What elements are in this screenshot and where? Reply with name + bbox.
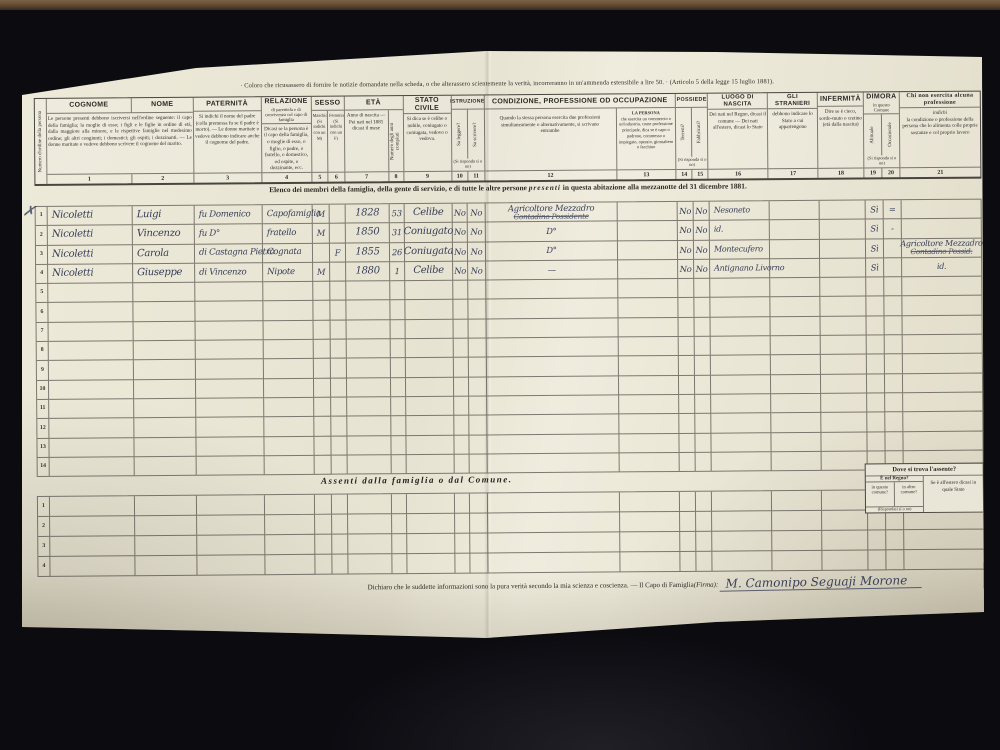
istruzione-scrive-col: Sa scrivere?: [468, 109, 484, 158]
table-cell-terreni: No: [678, 260, 694, 279]
dimora-abituale-vert: Abituale: [870, 126, 876, 143]
table-cell-stranieri: [770, 297, 820, 317]
dove-estero-label: Se è all'estero dicasi in quale Stato: [924, 475, 983, 511]
table-cell-abituale: [866, 278, 884, 297]
table-cell-stranieri: [771, 394, 821, 414]
table-cell-infermita: [821, 355, 867, 375]
table-cell-occasionale: =: [884, 200, 902, 219]
table-cell-anni: 53: [390, 204, 405, 223]
table-cell-fabbricati: No: [694, 240, 710, 259]
sesso-m-note: (Si indichi con un M): [313, 118, 327, 141]
table-cell-nome: [135, 536, 197, 556]
table-cell-stranieri: [771, 317, 821, 337]
table-cell-fabbricati: [694, 279, 710, 298]
table-cell-m: M: [313, 263, 330, 282]
col-header-sesso: SESSO Maschio (Si indichi con un M) 5 Fe…: [311, 97, 345, 182]
table-cell-condizione: [487, 415, 619, 435]
table-cell-infermita: [820, 220, 866, 240]
table-cell-abituale: [867, 316, 885, 335]
table-cell-paternita: [196, 360, 264, 380]
table-cell-infermita: [820, 200, 866, 220]
table-cell-nome: [133, 283, 195, 303]
col-number-20: 20: [882, 168, 899, 178]
table-cell-legge: [454, 397, 469, 416]
table-cell-paternita: [196, 321, 264, 341]
table-cell-condizione: [488, 552, 620, 573]
table-cell-nome: [134, 322, 196, 342]
census-rows-grid: 1NicolettiLuigifu DomenicoCapofamigliaM1…: [35, 199, 984, 478]
table-cell-fabbricati: [695, 337, 711, 356]
table-cell-n: 13: [37, 438, 49, 457]
col-header-paternita: PATERNITÀ Si indichi il nome del padre (…: [194, 97, 263, 183]
table-cell-cognome: [50, 516, 135, 537]
table-cell-terreni: [679, 414, 695, 433]
table-cell-anno: [348, 514, 392, 534]
eta-anni-col: Numero degli anni compiuti 8: [389, 110, 403, 181]
table-cell-condizione: D°: [486, 241, 618, 261]
table-cell-n: 4: [36, 265, 48, 284]
table-cell-infermita: [821, 413, 867, 433]
col-header-eta: ETÀ Anno di nascita — Pei nati nel 1881 …: [344, 96, 404, 181]
col-number-12: 12: [485, 169, 616, 180]
col-number-6: 6: [329, 172, 345, 182]
table-cell-luogo: [711, 317, 771, 337]
table-cell-stato: [406, 416, 454, 436]
dove-regno-col: È nel Regno? in questo comune? in altro …: [866, 476, 924, 512]
table-cell-condizione: D°: [486, 222, 618, 242]
table-cell-persona: [620, 492, 680, 512]
table-cell-persona: [620, 512, 680, 532]
possiede-fabbricati-col: Fabbricati?: [692, 108, 707, 157]
col-header-istruzione: ISTRUZIONE Sa leggere? Sa scrivere? (Si …: [451, 95, 485, 180]
table-cell-terreni: [680, 453, 696, 472]
table-cell-luogo: [710, 278, 770, 298]
table-cell-condizione: [488, 492, 620, 513]
table-cell-fabbricati: [694, 298, 710, 317]
table-cell-fabbricati: [696, 512, 712, 532]
table-cell-relazione: Nipote: [263, 263, 313, 283]
table-cell-fabbricati: [695, 433, 711, 452]
table-cell-occasionale: [885, 316, 903, 335]
table-cell-nome: Giuseppe: [133, 264, 195, 284]
table-cell-stato: [406, 339, 454, 359]
table-cell-scrive: [470, 533, 488, 553]
table-cell-anni: [392, 534, 407, 554]
table-cell-scrive: [469, 377, 487, 396]
table-cell-terreni: [679, 337, 695, 356]
cognome-nome-desc: Le persone presenti debbono iscriversi n…: [47, 113, 193, 174]
table-cell-infermita: [822, 530, 868, 550]
condizione-12-desc: Quando la stessa persona esercita due pr…: [484, 108, 615, 170]
table-cell-terreni: [680, 512, 696, 532]
istruzione-note: (Si risponda sì o no): [452, 159, 484, 171]
elenco-prefix: Elenco dei membri della famiglia, della …: [269, 183, 529, 194]
table-cell-anno: 1828: [346, 204, 390, 224]
table-cell-cognome: [50, 536, 135, 557]
table-cell-persona: [619, 318, 679, 338]
table-cell-n: 2: [36, 226, 48, 245]
col-number-1: 1: [47, 174, 132, 185]
col-header-numero: Numero d'ordine della persona: [35, 99, 48, 184]
dove-note: (Rispondasi sì o no): [866, 506, 923, 512]
table-cell-relazione: [265, 456, 315, 476]
table-cell-anni: [391, 378, 406, 397]
table-cell-infermita: [821, 393, 867, 413]
condizione-title: CONDIZIONE, PROFESSIONE OD OCCUPAZIONE: [484, 94, 675, 109]
col-number-2: 2: [132, 174, 193, 184]
table-cell-infermita: [821, 336, 867, 356]
table-cell-chinon: id.: [902, 257, 982, 277]
table-cell-m: [315, 535, 332, 555]
table-cell-chinon: Agricoltore MezzadroContadino Possid.: [902, 238, 982, 258]
table-cell-n: 1: [38, 497, 50, 517]
table-cell-fabbricati: [696, 532, 712, 552]
table-cell-f: [331, 359, 347, 378]
possiede-terreni-vert: Terreni?: [681, 124, 687, 141]
table-cell-relazione: [265, 495, 315, 515]
table-cell-anni: [392, 494, 407, 514]
table-cell-stranieri: [772, 511, 822, 531]
table-cell-luogo: [711, 394, 771, 414]
wood-table-edge: [0, 0, 1000, 10]
table-cell-terreni: [678, 279, 694, 298]
table-cell-stato: Celibe: [405, 204, 453, 224]
table-cell-cognome: Nicoletti: [48, 226, 133, 246]
table-cell-stranieri: [770, 239, 820, 259]
table-cell-condizione: Agricoltore MezzadroContadino Possidente: [486, 202, 618, 222]
table-cell-fabbricati: [695, 317, 711, 336]
table-cell-f: [331, 436, 347, 455]
table-cell-condizione: [488, 532, 620, 553]
declaration-line: Dichiaro che le suddette informazioni so…: [368, 575, 985, 594]
table-cell-chinon: [904, 530, 984, 551]
col-header-dimora: DIMORA in questo Comune Abituale Occasio…: [864, 92, 901, 177]
table-cell-cognome: [50, 496, 135, 517]
table-cell-condizione: [487, 357, 619, 377]
table-cell-persona: [620, 453, 680, 473]
table-cell-occasionale: [884, 277, 902, 296]
table-cell-occasionale: [885, 335, 903, 354]
table-cell-cognome: [48, 303, 133, 323]
eta-anno-col: Anno di nascita — Pei nati nel 1881 dica…: [345, 110, 390, 181]
table-cell-infermita: [822, 550, 868, 570]
condizione-13-head: LA PERSONA: [632, 110, 660, 115]
table-cell-chinon: [902, 277, 982, 297]
table-cell-condizione: —: [486, 260, 618, 280]
dove-questo-comune: in questo comune?: [866, 482, 895, 506]
table-cell-anno: 1850: [346, 224, 390, 244]
table-cell-relazione: [263, 301, 313, 321]
possiede-note: (Si risponda sì o no): [677, 157, 708, 169]
luogo-title: LUOGO DI NASCITA: [708, 93, 767, 110]
table-cell-abituale: Sì: [866, 220, 884, 239]
stranieri-title: GLI STRANIERI: [768, 93, 817, 110]
table-cell-luogo: Nesoneto: [710, 201, 770, 221]
table-cell-relazione: [264, 378, 314, 398]
table-cell-anno: [347, 416, 391, 436]
istruzione-legge-col: Sa leggere?: [451, 110, 468, 159]
sesso-femmina-col: Femmina (Si indichi con un F) 6: [328, 111, 344, 182]
table-cell-stranieri: [772, 491, 822, 511]
col-header-infermita: INFERMITÀ Dire se è cieco, sordo-muto o …: [818, 92, 865, 177]
col-number-21: 21: [900, 167, 980, 178]
table-cell-relazione: [264, 321, 314, 341]
table-cell-persona: [619, 434, 679, 454]
table-cell-scrive: [469, 435, 487, 454]
table-cell-stato: [406, 435, 454, 455]
table-cell-infermita: [822, 451, 868, 471]
table-cell-anno: [346, 301, 390, 321]
handwritten-line: Contadino Possidente: [514, 212, 589, 220]
dimora-note: (Si risponda sì o no): [864, 156, 899, 168]
table-cell-occasionale: [886, 550, 904, 570]
table-cell-persona: [619, 356, 679, 376]
table-cell-n: 5: [36, 284, 48, 303]
dove-assente-box: Dove si trova l'assente? È nel Regno? in…: [865, 463, 984, 514]
table-cell-occasionale: [885, 412, 903, 431]
table-cell-legge: [455, 554, 470, 574]
table-cell-scrive: [469, 358, 487, 377]
table-cell-infermita: [820, 258, 866, 278]
cognome-title: COGNOME: [47, 98, 132, 113]
table-cell-n: 7: [37, 323, 49, 342]
table-cell-nome: [134, 379, 196, 399]
table-cell-m: [314, 378, 331, 397]
table-cell-abituale: [867, 432, 885, 451]
table-cell-fabbricati: [696, 453, 712, 472]
table-cell-scrive: No: [468, 261, 486, 280]
table-cell-relazione: [265, 535, 315, 555]
table-cell-stato: Coniugato: [405, 223, 453, 243]
table-cell-anno: [347, 339, 391, 359]
table-cell-stranieri: [770, 259, 820, 279]
table-cell-stranieri: [771, 336, 821, 356]
col-number-11: 11: [468, 171, 484, 181]
table-cell-fabbricati: [695, 375, 711, 394]
table-cell-relazione: [264, 340, 314, 360]
table-cell-chinon: [903, 335, 983, 355]
table-cell-f: [330, 224, 346, 243]
table-cell-m: [313, 282, 330, 301]
table-cell-persona: [618, 260, 678, 280]
table-cell-relazione: [263, 282, 313, 302]
table-cell-persona: [620, 532, 680, 552]
table-cell-n: 9: [37, 361, 49, 380]
table-cell-fabbricati: [695, 356, 711, 375]
table-cell-luogo: [710, 298, 770, 318]
table-cell-relazione: [264, 398, 314, 418]
table-cell-anni: [391, 358, 406, 377]
table-cell-relazione: [264, 436, 314, 456]
col-number-3: 3: [194, 172, 261, 183]
assenti-rows-grid: 1234: [37, 489, 985, 577]
stato-title: STATO CIVILE: [403, 96, 450, 115]
table-cell-relazione: fratello: [263, 224, 313, 244]
table-cell-legge: [454, 435, 469, 454]
table-cell-terreni: No: [678, 221, 694, 240]
table-cell-anni: [391, 397, 406, 416]
table-cell-luogo: [711, 413, 771, 433]
table-cell-relazione: Capofamiglia: [263, 205, 313, 225]
table-cell-paternita: [195, 282, 263, 302]
table-cell-luogo: [711, 375, 771, 395]
col-number-9: 9: [404, 171, 451, 181]
table-cell-anno: [347, 397, 391, 417]
possiede-title: POSSIEDE: [676, 94, 707, 108]
table-cell-n: 10: [37, 381, 49, 400]
table-cell-infermita: [821, 374, 867, 394]
table-cell-terreni: No: [678, 240, 694, 259]
col-header-possiede: POSSIEDE Terreni? Fabbricati? (Si rispon…: [676, 94, 709, 179]
table-cell-occasionale: [885, 355, 903, 374]
table-cell-legge: [454, 416, 469, 435]
dimora-title: DIMORA: [866, 93, 896, 101]
stato-desc: Si dica se è celibe o nubile, coniugato …: [404, 114, 451, 171]
table-cell-paternita: [196, 417, 264, 437]
table-cell-persona: [620, 552, 680, 572]
table-cell-scrive: No: [468, 223, 486, 242]
table-cell-relazione: [264, 417, 314, 437]
table-cell-f: [332, 535, 348, 555]
table-cell-terreni: No: [678, 202, 694, 221]
table-cell-occasionale: [884, 258, 902, 277]
table-cell-stato: [407, 455, 455, 475]
table-cell-cognome: Nicoletti: [48, 206, 133, 226]
table-cell-terreni: [680, 552, 696, 572]
col-number-5: 5: [312, 172, 328, 182]
table-cell-m: [313, 301, 330, 320]
condizione-13-col: LA PERSONA che esercita un commercio o u…: [616, 108, 675, 179]
table-cell-fabbricati: No: [694, 260, 710, 279]
table-cell-anni: 26: [390, 243, 405, 262]
table-cell-fabbricati: [696, 492, 712, 512]
table-cell-cognome: [49, 341, 134, 361]
table-cell-n: 1: [36, 207, 48, 226]
table-cell-m: [314, 398, 331, 417]
table-cell-abituale: [867, 335, 885, 354]
table-cell-anno: [348, 534, 392, 554]
table-cell-n: 6: [36, 303, 48, 322]
table-cell-chinon: [904, 550, 984, 571]
table-cell-n: 12: [37, 419, 49, 438]
table-cell-persona: [619, 395, 679, 415]
table-cell-f: F: [330, 243, 346, 262]
table-cell-chinon: [902, 200, 982, 220]
table-cell-anni: [391, 436, 406, 455]
table-cell-nome: Carola: [133, 244, 195, 264]
table-cell-luogo: Antignano Livorno: [710, 259, 770, 279]
table-cell-f: [332, 515, 348, 535]
table-cell-legge: [455, 514, 470, 534]
table-cell-paternita: [197, 555, 265, 576]
table-cell-terreni: [679, 433, 695, 452]
table-cell-scrive: [469, 396, 487, 415]
col-number-4: 4: [262, 172, 311, 182]
table-cell-paternita: [196, 437, 264, 457]
table-cell-chinon: [903, 354, 983, 374]
handwritten-line: Contadino Possid.: [910, 248, 972, 256]
table-cell-stato: [406, 377, 454, 397]
table-cell-cognome: [48, 283, 133, 303]
table-cell-condizione: [486, 299, 618, 319]
table-cell-paternita: [195, 302, 263, 322]
eta-title: ETÀ: [344, 96, 402, 110]
table-cell-condizione: [486, 280, 618, 300]
table-cell-scrive: [469, 416, 487, 435]
table-cell-anno: [347, 436, 391, 456]
col-header-stato-civile: STATO CIVILE Si dica se è celibe o nubil…: [403, 96, 452, 181]
table-cell-cognome: [49, 380, 134, 400]
table-cell-cognome: [49, 399, 134, 419]
table-cell-abituale: [867, 355, 885, 374]
table-cell-n: 11: [37, 400, 49, 419]
istruzione-legge-vert: Sa leggere?: [457, 123, 463, 146]
table-cell-abituale: Sì: [866, 239, 884, 258]
sheet-content: · Coloro che ricusassero di fornire le n…: [33, 39, 984, 606]
table-cell-occasionale: [884, 297, 902, 316]
table-cell-anno: 1855: [346, 243, 390, 263]
table-cell-anno: [347, 359, 391, 379]
table-cell-condizione: [487, 395, 619, 415]
col-number-10: 10: [452, 172, 469, 182]
table-cell-n: 8: [37, 342, 49, 361]
col-number-17: 17: [769, 168, 818, 178]
table-cell-anni: 1: [390, 262, 405, 281]
table-cell-anni: [390, 301, 405, 320]
table-cell-n: 14: [38, 458, 50, 477]
signature-bracket-line: [978, 563, 984, 589]
table-cell-anni: [391, 339, 406, 358]
table-cell-stato: [405, 300, 453, 320]
table-cell-condizione: [487, 434, 619, 454]
table-cell-scrive: [470, 493, 488, 513]
table-cell-f: [332, 455, 348, 474]
table-cell-paternita: [197, 495, 265, 516]
table-cell-nome: Vincenzo: [133, 225, 195, 245]
table-cell-persona: [619, 414, 679, 434]
table-cell-anno: [348, 455, 392, 475]
table-cell-chinon: [902, 296, 982, 316]
condizione-12-col: Quando la stessa persona esercita due pr…: [484, 108, 617, 180]
table-cell-f: [330, 205, 346, 224]
dove-altro-comune: in altro comune?: [895, 482, 923, 506]
table-cell-luogo: [711, 336, 771, 356]
table-cell-anni: [391, 320, 406, 339]
table-cell-f: [331, 378, 347, 397]
table-cell-persona: [618, 241, 678, 261]
table-cell-legge: [455, 534, 470, 554]
table-cell-stranieri: [772, 531, 822, 551]
relazione-title: RELAZIONE: [264, 98, 307, 106]
table-cell-luogo: id.: [710, 221, 770, 241]
table-cell-legge: No: [453, 261, 468, 280]
table-cell-m: M: [313, 224, 330, 243]
dimora-occasionale-vert: Occasionale: [888, 123, 894, 147]
table-cell-legge: [453, 281, 468, 300]
col-header-luogo: LUOGO DI NASCITA Dei nati nel Regno, dic…: [708, 93, 769, 178]
chinon-desc: la condizione o professione della person…: [901, 116, 979, 136]
relazione-subtitle: di parentela e di convivenza col capo di…: [263, 107, 310, 123]
table-cell-relazione: Cognata: [263, 243, 313, 263]
table-cell-infermita: [822, 490, 868, 510]
table-cell-luogo: [712, 511, 772, 531]
table-cell-paternita: fu Domenico: [195, 205, 263, 225]
table-cell-infermita: [821, 432, 867, 452]
table-cell-anno: [347, 320, 391, 340]
table-cell-terreni: [679, 356, 695, 375]
table-cell-f: [331, 320, 347, 339]
table-cell-persona: [619, 376, 679, 396]
